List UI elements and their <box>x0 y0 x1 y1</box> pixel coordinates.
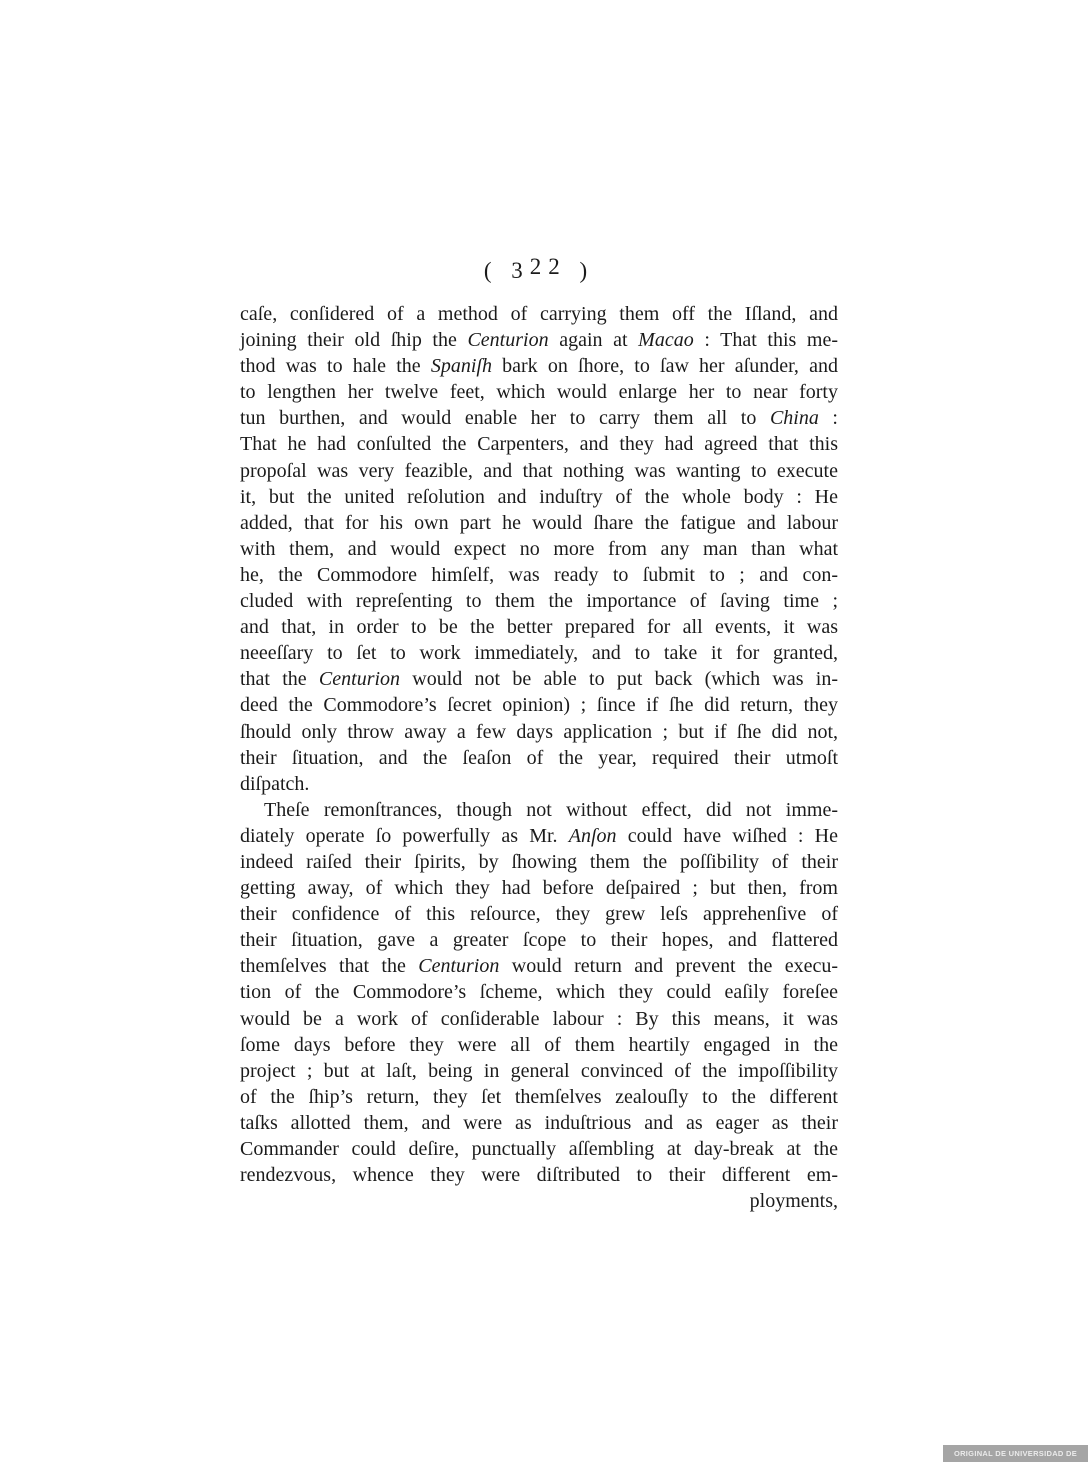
text-segment: indeed raiſed their ſpirits, by ſhowing … <box>240 851 838 873</box>
text-line: with them, and would expect no more from… <box>240 536 838 562</box>
text-line: he, the Commodore himſelf, was ready to … <box>240 562 838 588</box>
text-segment: deed the Commodore’s ſecret opinion) ; ſ… <box>240 694 838 716</box>
text-line: project ; but at laſt, being in general … <box>240 1058 838 1084</box>
text-segment: their confidence of this reſource, they … <box>240 903 838 925</box>
italic-text-segment: Anſon <box>569 825 617 847</box>
text-segment: ſome days before they were all of them h… <box>240 1034 838 1056</box>
text-segment: joining their old ſhip the <box>240 329 467 351</box>
text-line: it, but the united reſolution and induſt… <box>240 484 838 510</box>
text-segment: would return and prevent the execu- <box>499 955 838 977</box>
text-segment: That he had conſulted the Carpenters, an… <box>240 433 838 455</box>
text-line: neeeſſary to ſet to work immediately, an… <box>240 640 838 666</box>
text-segment: ) <box>567 258 594 283</box>
text-segment: diſpatch. <box>240 773 309 795</box>
text-line: that the Centurion would not be able to … <box>240 666 838 692</box>
text-line: thod was to hale the Spaniſh bark on ſho… <box>240 353 838 379</box>
text-segment: rendezvous, whence they were diſtributed… <box>240 1164 838 1186</box>
italic-text-segment: Macao <box>638 329 694 351</box>
text-segment: Theſe remonſtrances, though not without … <box>264 799 838 821</box>
text-line: their ſituation, gave a greater ſcope to… <box>240 927 838 953</box>
text-line: joining their old ſhip the Centurion aga… <box>240 327 838 353</box>
text-line: ployments, <box>240 1188 838 1214</box>
text-line: tun burthen, and would enable her to car… <box>240 405 838 431</box>
text-line: their ſituation, and the ſeaſon of the y… <box>240 745 838 771</box>
italic-text-segment: Centurion <box>418 955 499 977</box>
text-segment: propoſal was very feazible, and that not… <box>240 460 838 482</box>
text-segment: could have wiſhed : He <box>617 825 838 847</box>
text-line: of the ſhip’s return, they ſet themſelve… <box>240 1084 838 1110</box>
text-segment: added, that for his own part he would ſh… <box>240 512 838 534</box>
text-segment: ſhould only throw away a few days applic… <box>240 721 838 743</box>
text-line: tion of the Commodore’s ſcheme, which th… <box>240 979 838 1005</box>
text-segment: their ſituation, and the ſeaſon of the y… <box>240 747 838 769</box>
text-segment: taſks allotted them, and were as induſtr… <box>240 1112 838 1134</box>
text-segment: tun burthen, and would enable her to car… <box>240 407 770 429</box>
text-line: rendezvous, whence they were diſtributed… <box>240 1162 838 1188</box>
text-line: and that, in order to be the better prep… <box>240 614 838 640</box>
text-segment: and that, in order to be the better prep… <box>240 616 838 638</box>
italic-text-segment: Centurion <box>319 668 400 690</box>
text-segment: bark on ſhore, to ſaw her aſunder, and <box>492 355 838 377</box>
text-line: ſhould only throw away a few days applic… <box>240 719 838 745</box>
text-line: deed the Commodore’s ſecret opinion) ; ſ… <box>240 692 838 718</box>
text-block: caſe, conſidered of a method of carrying… <box>240 301 838 1214</box>
text-segment: of the ſhip’s return, they ſet themſelve… <box>240 1086 838 1108</box>
text-segment: 22 <box>530 254 567 279</box>
book-page: ( 322 ) caſe, conſidered of a method of … <box>0 0 1088 1462</box>
text-segment: would not be able to put back (which was… <box>400 668 838 690</box>
text-segment: themſelves that the <box>240 955 418 977</box>
text-segment: again at <box>549 329 639 351</box>
text-line: caſe, conſidered of a method of carrying… <box>240 301 838 327</box>
italic-text-segment: Spaniſh <box>431 355 492 377</box>
text-line: Theſe remonſtrances, though not without … <box>240 797 838 823</box>
text-segment: project ; but at laſt, being in general … <box>240 1060 838 1082</box>
text-line: to lengthen her twelve feet, which would… <box>240 379 838 405</box>
text-line: ſome days before they were all of them h… <box>240 1032 838 1058</box>
text-segment: tion of the Commodore’s ſcheme, which th… <box>240 981 838 1003</box>
text-segment: he, the Commodore himſelf, was ready to … <box>240 564 838 586</box>
text-line: added, that for his own part he would ſh… <box>240 510 838 536</box>
text-segment: : That this me- <box>694 329 838 351</box>
text-segment: ( 3 <box>484 258 530 283</box>
text-line: Commander could deſire, punctually aſſem… <box>240 1136 838 1162</box>
text-segment: with them, and would expect no more from… <box>240 538 838 560</box>
text-line: ( 322 ) <box>240 258 838 284</box>
text-segment: thod was to hale the <box>240 355 431 377</box>
italic-text-segment: China <box>770 407 819 429</box>
text-segment: diately operate ſo powerfully as Mr. <box>240 825 569 847</box>
text-line: their confidence of this reſource, they … <box>240 901 838 927</box>
text-line: would be a work of conſiderable labour :… <box>240 1006 838 1032</box>
text-line: themſelves that the Centurion would retu… <box>240 953 838 979</box>
text-segment: Commander could deſire, punctually aſſem… <box>240 1138 838 1160</box>
text-segment: ployments, <box>750 1190 838 1212</box>
text-segment: that the <box>240 668 319 690</box>
text-line: taſks allotted them, and were as induſtr… <box>240 1110 838 1136</box>
text-segment: cluded with repreſenting to them the imp… <box>240 590 838 612</box>
italic-text-segment: Centurion <box>467 329 548 351</box>
library-watermark: ORIGINAL DE UNIVERSIDAD DE CHILE <box>943 1445 1088 1462</box>
text-line: getting away, of which they had before d… <box>240 875 838 901</box>
text-line: cluded with repreſenting to them the imp… <box>240 588 838 614</box>
text-line: indeed raiſed their ſpirits, by ſhowing … <box>240 849 838 875</box>
text-segment: caſe, conſidered of a method of carrying… <box>240 303 838 325</box>
text-line: diſpatch. <box>240 771 838 797</box>
text-segment: to lengthen her twelve feet, which would… <box>240 381 838 403</box>
text-segment: getting away, of which they had before d… <box>240 877 838 899</box>
text-segment: it, but the united reſolution and induſt… <box>240 486 838 508</box>
text-segment: : <box>819 407 838 429</box>
text-segment: neeeſſary to ſet to work immediately, an… <box>240 642 838 664</box>
text-segment: their ſituation, gave a greater ſcope to… <box>240 929 838 951</box>
text-line: That he had conſulted the Carpenters, an… <box>240 431 838 457</box>
text-line: diately operate ſo powerfully as Mr. Anſ… <box>240 823 838 849</box>
page-number-header: ( 322 ) <box>240 258 838 284</box>
text-segment: would be a work of conſiderable labour :… <box>240 1008 838 1030</box>
text-line: propoſal was very feazible, and that not… <box>240 458 838 484</box>
